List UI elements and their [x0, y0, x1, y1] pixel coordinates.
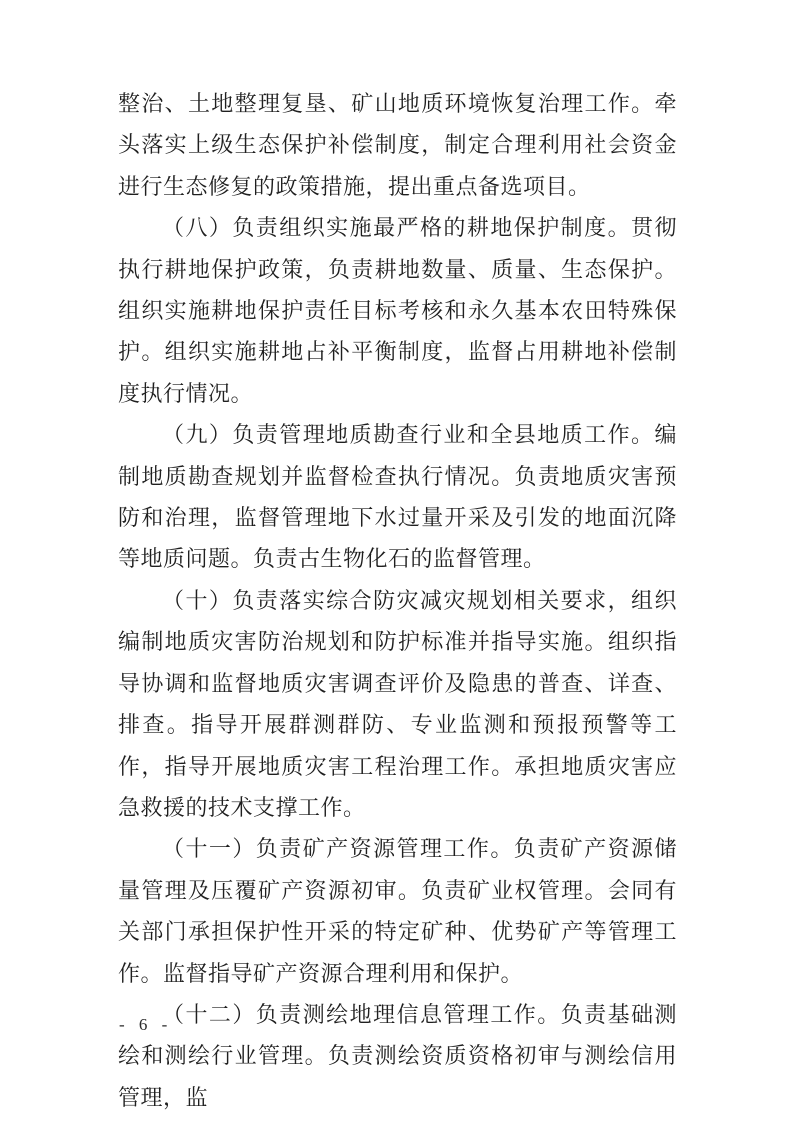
paragraph-item-9: （九）负责管理地质勘查行业和全县地质工作。编制地质勘查规划并监督检查执行情况。负… [118, 414, 677, 580]
paragraph-item-10: （十）负责落实综合防灾减灾规划相关要求，组织编制地质灾害防治规划和防护标准并指导… [118, 580, 677, 828]
paragraph-item-12: （十二）负责测绘地理信息管理工作。负责基础测绘和测绘行业管理。负责测绘资质资格初… [118, 994, 677, 1118]
document-body: 整治、土地整理复垦、矿山地质环境恢复治理工作。牵头落实上级生态保护补偿制度，制定… [118, 83, 677, 1118]
paragraph-continuation: 整治、土地整理复垦、矿山地质环境恢复治理工作。牵头落实上级生态保护补偿制度，制定… [118, 83, 677, 207]
page-number: - 6 - [119, 1015, 172, 1034]
paragraph-item-11: （十一）负责矿产资源管理工作。负责矿产资源储量管理及压覆矿产资源初审。负责矿业权… [118, 828, 677, 994]
page-footer: - 6 - [119, 1012, 172, 1038]
document-page: 整治、土地整理复垦、矿山地质环境恢复治理工作。牵头落实上级生态保护补偿制度，制定… [0, 0, 793, 1122]
paragraph-item-8: （八）负责组织实施最严格的耕地保护制度。贯彻执行耕地保护政策，负责耕地数量、质量… [118, 207, 677, 414]
